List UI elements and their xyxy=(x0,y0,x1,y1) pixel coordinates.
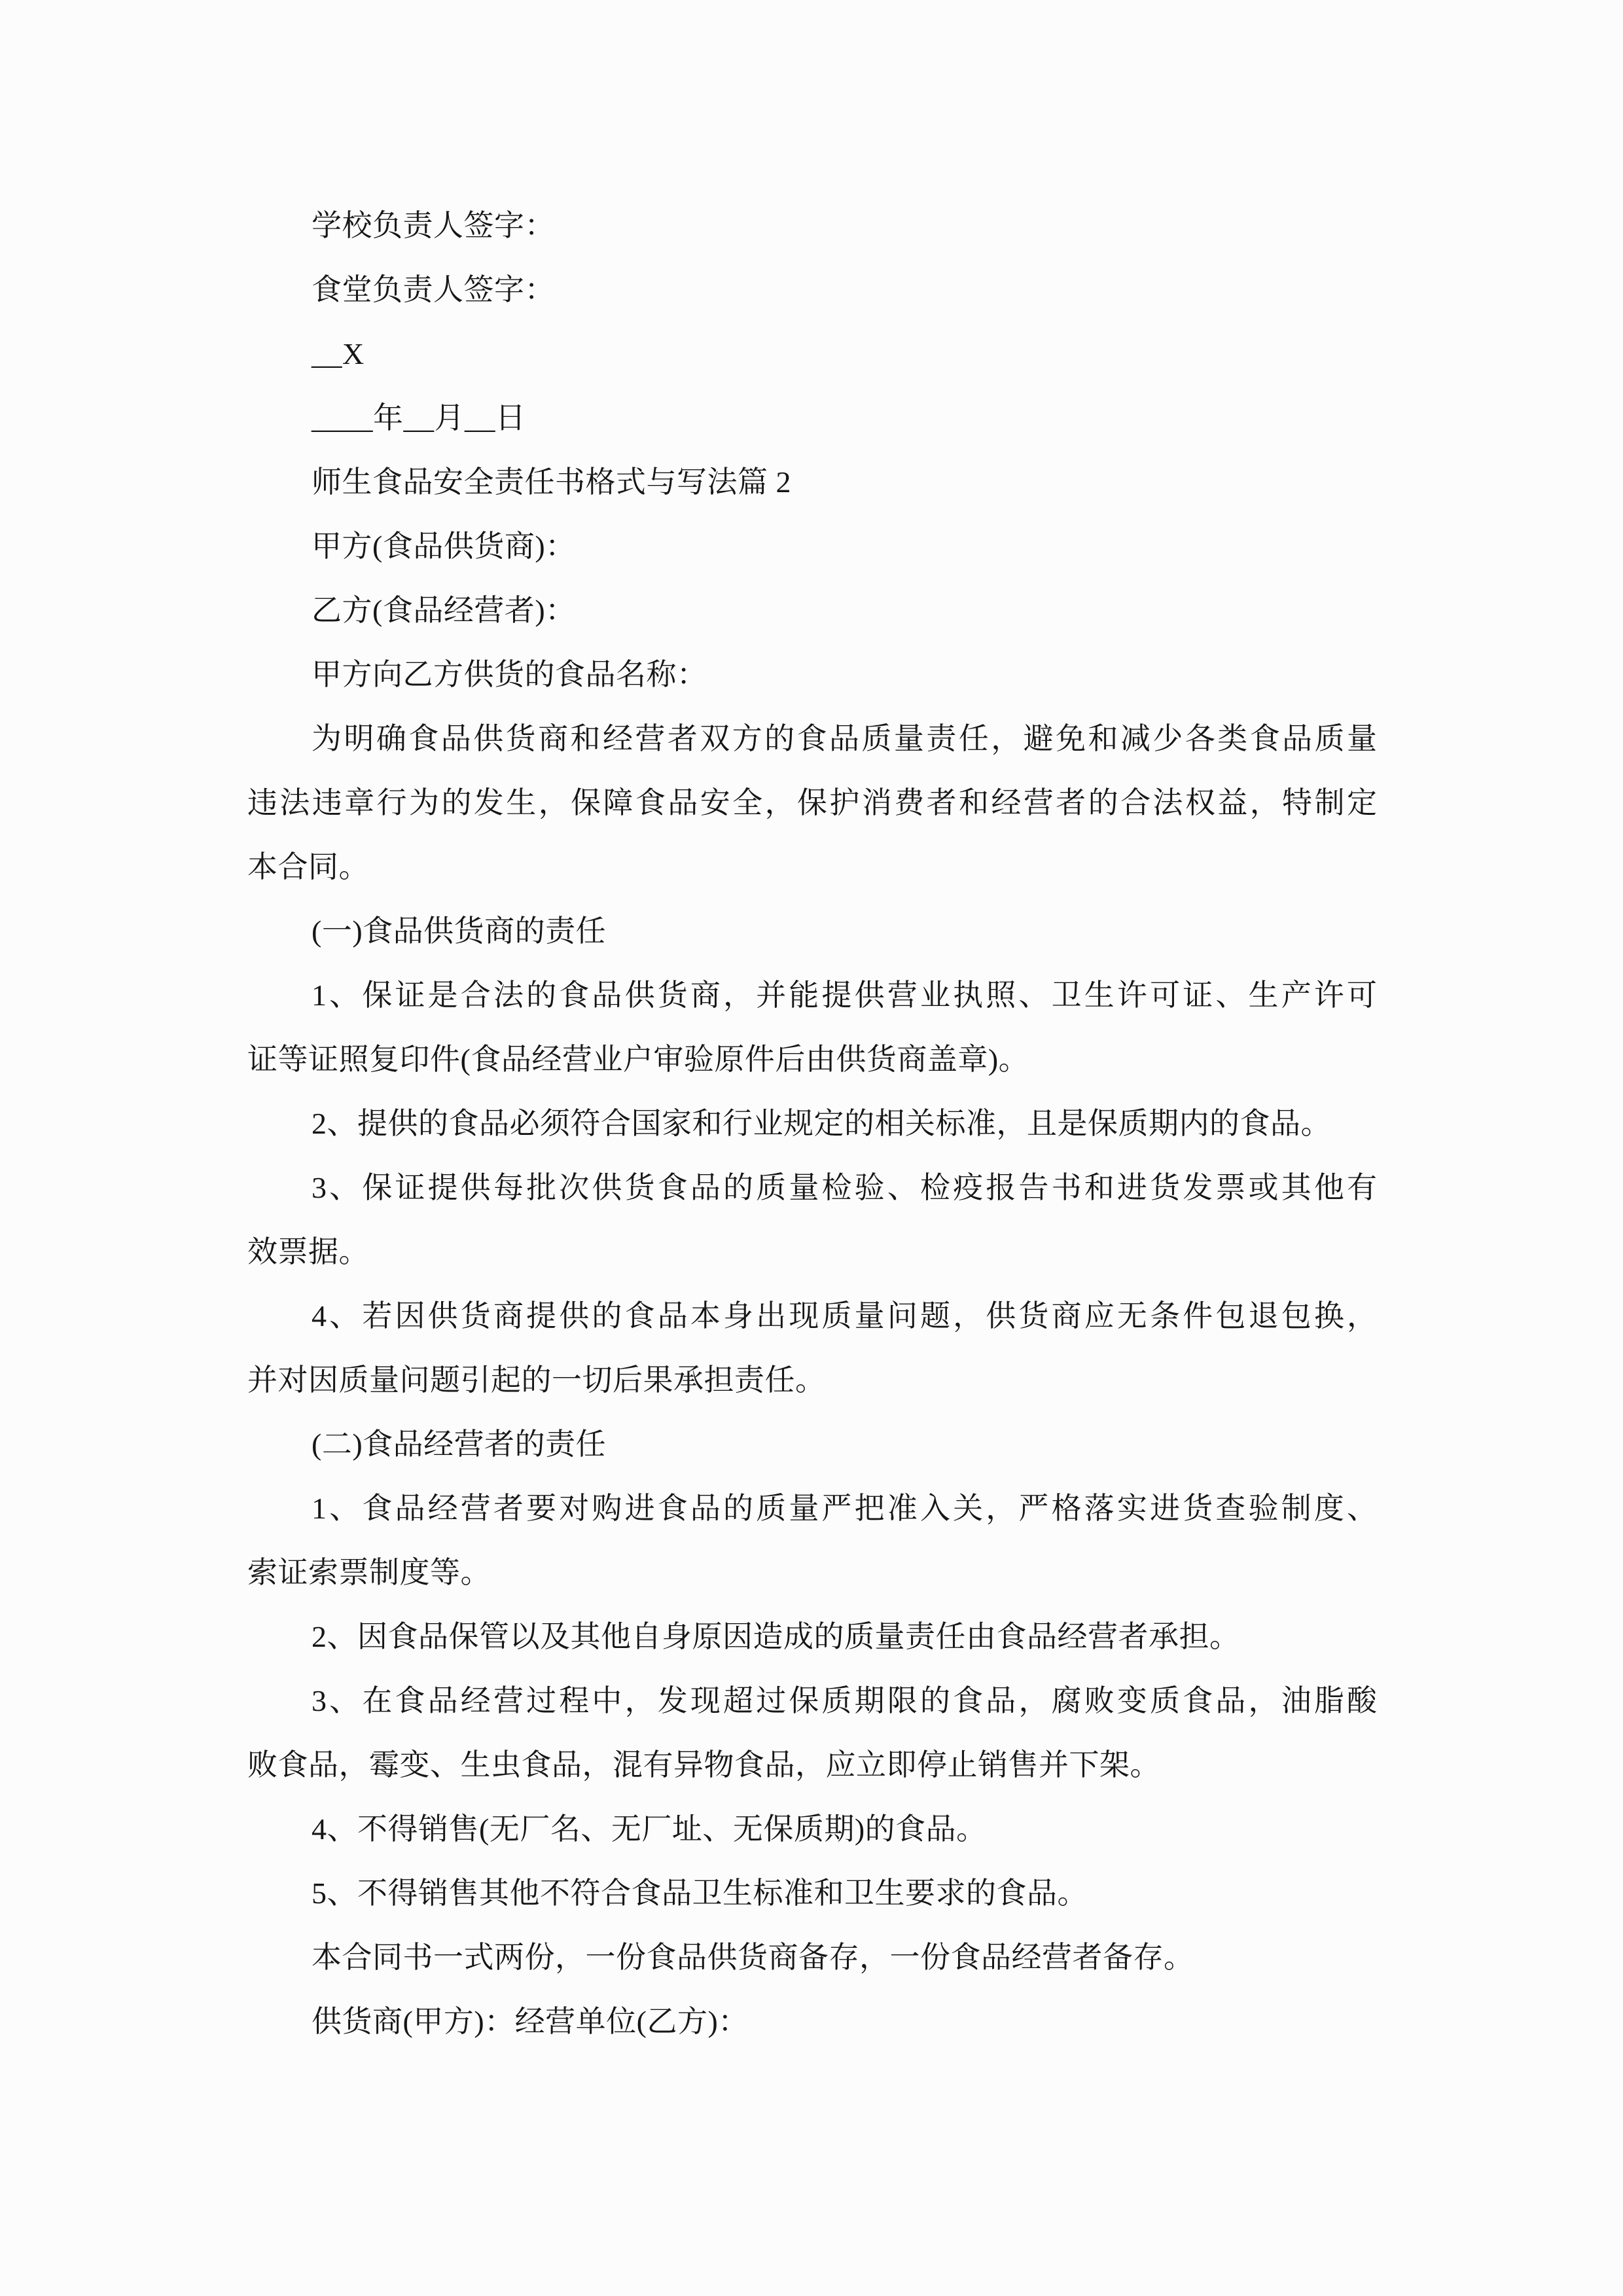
text-line: 索证索票制度等。 xyxy=(247,1541,1377,1605)
text-line: 3、在食品经营过程中，发现超过保质期限的食品，腐败变质食品，油脂酸 xyxy=(247,1669,1377,1733)
document-title: 师生食品安全责任书格式与写法篇 2 xyxy=(247,450,1377,514)
text-line: 并对因质量问题引起的一切后果承担责任。 xyxy=(247,1348,1377,1412)
document-page: 学校负责人签字：食堂负责人签字：__X____年__月__日师生食品安全责任书格… xyxy=(0,0,1623,2296)
text-line: 甲方向乙方供货的食品名称： xyxy=(247,643,1377,707)
text-line: 本合同。 xyxy=(247,835,1377,899)
text-line: 证等证照复印件(食品经营业户审验原件后由供货商盖章)。 xyxy=(247,1028,1377,1092)
text-line: 3、保证提供每批次供货食品的质量检验、检疫报告书和进货发票或其他有 xyxy=(247,1156,1377,1220)
text-line: 1、食品经营者要对购进食品的质量严把准入关，严格落实进货查验制度、 xyxy=(247,1477,1377,1541)
text-line: 4、不得销售(无厂名、无厂址、无保质期)的食品。 xyxy=(247,1797,1377,1861)
text-line: 食堂负责人签字： xyxy=(247,258,1377,322)
text-line: 本合同书一式两份，一份食品供货商备存，一份食品经营者备存。 xyxy=(247,1926,1377,1990)
text-line: (二)食品经营者的责任 xyxy=(247,1412,1377,1477)
document-body: 学校负责人签字：食堂负责人签字：__X____年__月__日师生食品安全责任书格… xyxy=(247,194,1377,2054)
text-line: __X xyxy=(247,322,1377,386)
text-line: 学校负责人签字： xyxy=(247,194,1377,258)
text-line: 1、保证是合法的食品供货商，并能提供营业执照、卫生许可证、生产许可 xyxy=(247,963,1377,1028)
text-line: 违法违章行为的发生，保障食品安全，保护消费者和经营者的合法权益，特制定 xyxy=(247,771,1377,835)
text-line: 效票据。 xyxy=(247,1220,1377,1284)
text-line: 为明确食品供货商和经营者双方的食品质量责任，避免和减少各类食品质量 xyxy=(247,707,1377,771)
text-line: 乙方(食品经营者)： xyxy=(247,579,1377,643)
text-line: 5、不得销售其他不符合食品卫生标准和卫生要求的食品。 xyxy=(247,1861,1377,1926)
text-line: ____年__月__日 xyxy=(247,386,1377,450)
text-line: (一)食品供货商的责任 xyxy=(247,899,1377,963)
text-line: 败食品，霉变、生虫食品，混有异物食品，应立即停止销售并下架。 xyxy=(247,1733,1377,1797)
text-line: 4、若因供货商提供的食品本身出现质量问题，供货商应无条件包退包换， xyxy=(247,1284,1377,1348)
text-line: 2、提供的食品必须符合国家和行业规定的相关标准，且是保质期内的食品。 xyxy=(247,1092,1377,1156)
text-line: 甲方(食品供货商)： xyxy=(247,514,1377,579)
text-line: 供货商(甲方)：经营单位(乙方)： xyxy=(247,1990,1377,2054)
text-line: 2、因食品保管以及其他自身原因造成的质量责任由食品经营者承担。 xyxy=(247,1605,1377,1669)
